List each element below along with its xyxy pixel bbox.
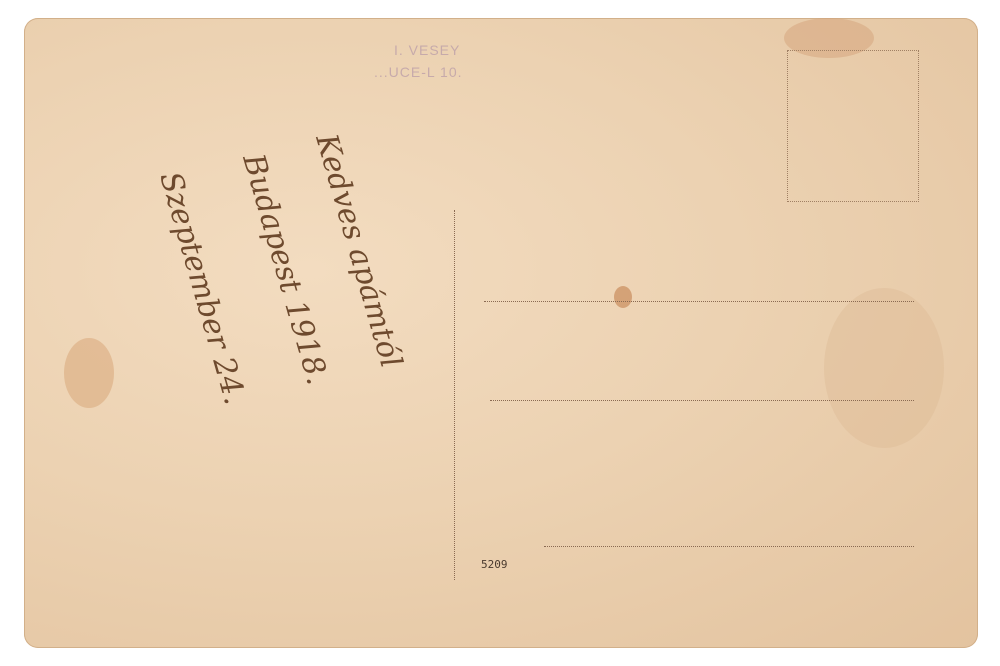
publisher-stamp-line1: I. VESEY (394, 42, 460, 58)
stain-left (64, 338, 114, 408)
stain-center (614, 286, 632, 308)
address-line-3 (544, 546, 914, 547)
print-number: 5209 (481, 558, 508, 571)
handwriting-line2: Budapest 1918. (235, 150, 334, 389)
handwriting-line3: Szeptember 24. (152, 168, 252, 408)
handwriting-line1: Kedves apámtól (308, 130, 408, 372)
address-line-1 (484, 301, 914, 302)
publisher-stamp-line2: ...UCE-L 10. (374, 64, 463, 80)
address-line-2 (490, 400, 914, 401)
stamp-box (787, 50, 919, 202)
stain-right (824, 288, 944, 448)
divider-line (454, 210, 455, 580)
postcard-back: I. VESEY ...UCE-L 10. Kedves apámtól Bud… (24, 18, 978, 648)
